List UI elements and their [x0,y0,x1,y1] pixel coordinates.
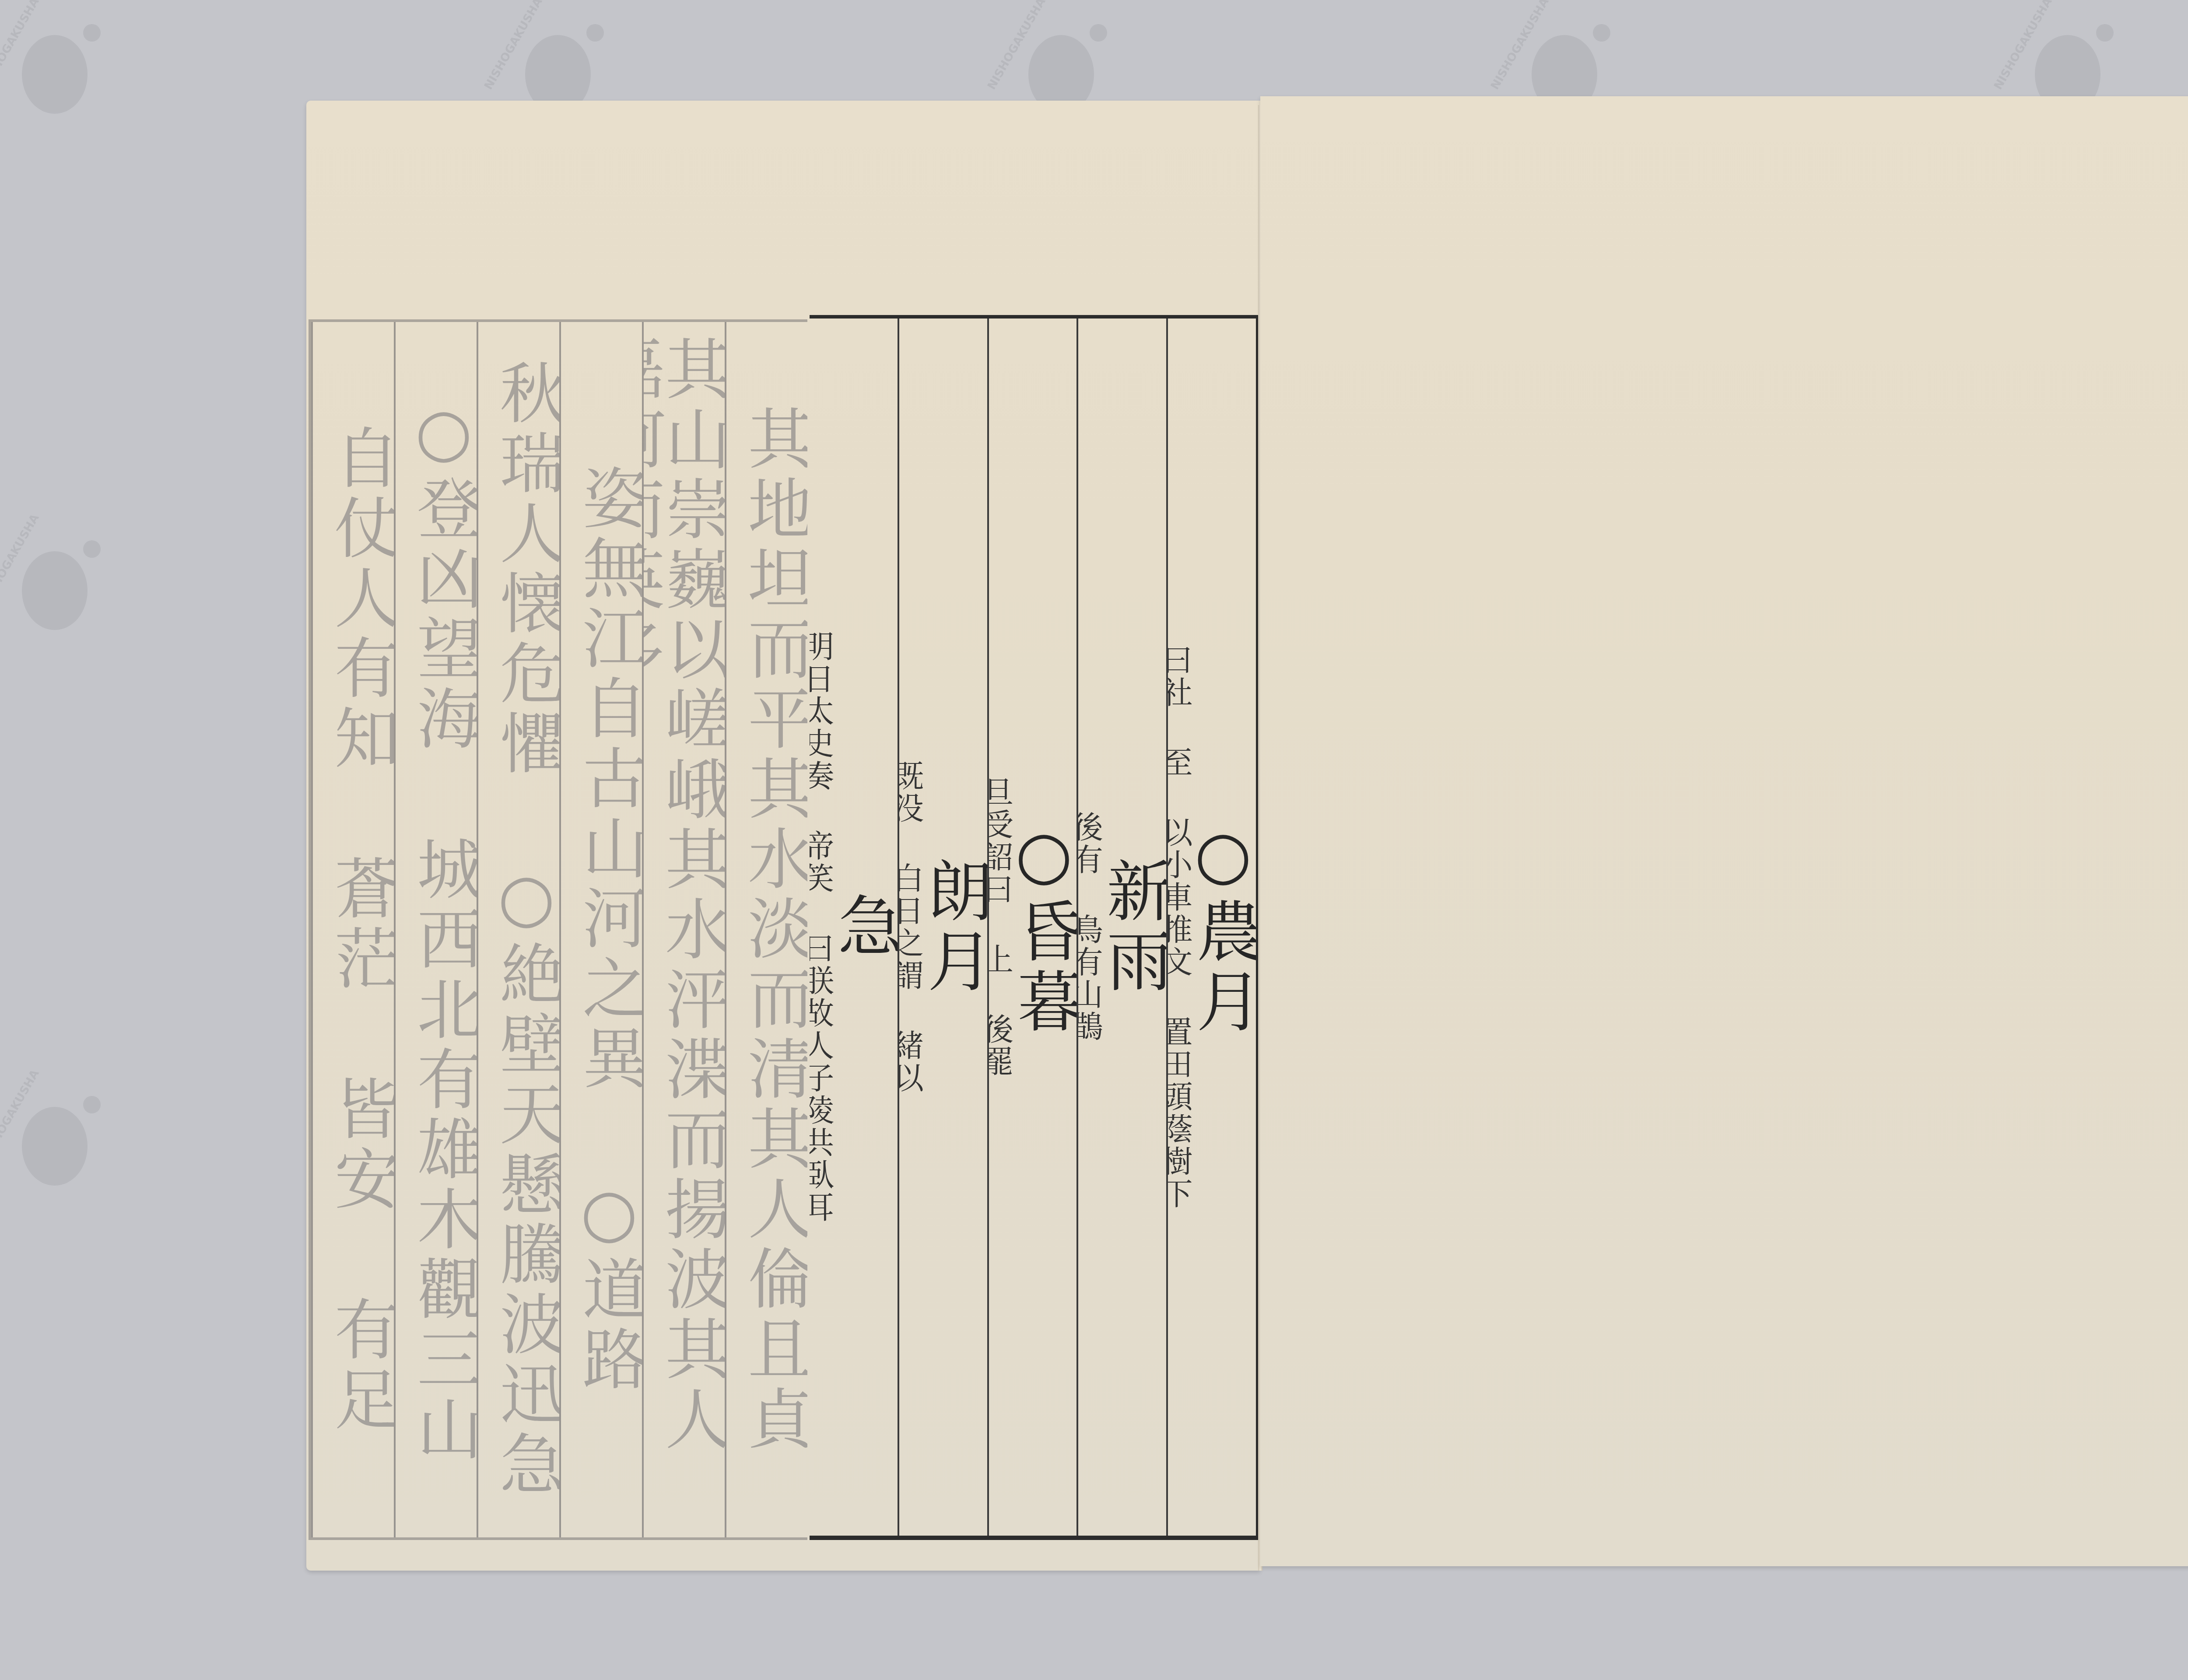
watermark-dot-icon [1593,24,1610,42]
column-main-text: ○農月 [1190,817,1256,1037]
bleedthrough-column: ○登凶望海 城西北有雄木觀三山 [394,322,477,1537]
column-annotation: 旦受詔曰 上 後罷 [987,776,1011,1078]
column-main-text: 新雨 [1101,857,1166,997]
watermark-dot-icon [586,24,604,42]
watermark-dot-icon [83,540,101,558]
bleedthrough-column: 秋瑞人懐危懼 ○絶壁天懸騰波迅急 [477,322,559,1537]
left-page-bleedthrough-frame: 其地坦而平其水淡而清其人倫且貞其山崇巍以嵯峨其水泙渫而揚波其人磊砢而英多姿無江自… [309,319,807,1540]
watermark-disc-icon [22,551,88,630]
watermark-dot-icon [1090,24,1107,42]
watermark-logo: NISHOGAKUSHA [13,17,101,122]
column-annotation: 既没 白日之謂 緒以 [898,760,922,1094]
column-main-text: 急 [832,892,898,962]
bleedthrough-column: 姿無江自古山河之異 ○道路 [559,322,642,1537]
text-column: ○農月曰社 至 以小車推文 置田頭蔭樹下○宿昔 對坐共語 一夜也 ○今旦 ケサ [1166,318,1256,1536]
bleedthrough-column: 其山崇巍以嵯峨其水泙渫而揚波其人磊砢而英多 [642,322,725,1537]
text-column: 急明日太史奏 帝笑 曰朕故人子陵共臥耳 [810,318,898,1536]
open-book: 其地坦而平其水淡而清其人倫且貞其山崇巍以嵯峨其水泙渫而揚波其人磊砢而英多姿無江自… [306,87,2188,1584]
right-page: 月 大 宗 紀 無物當極明邪徐孺子年九歳嘗月下戯人語之曰不然譬如人眼中有瞳子無此… [1260,96,2188,1566]
bleedthrough-column: 其地坦而平其水淡而清其人倫且貞 [725,322,807,1537]
watermark-dot-icon [2096,24,2114,42]
text-column: 新雨後有 鳥有山鵲○斗牛間常有紫氣 初吳之未滅 ○食時 [1076,318,1166,1536]
column-annotation: 後有 鳥有山鵲 [1076,811,1101,1043]
watermark-logo: NISHOGAKUSHA [13,1089,101,1194]
left-page-text-frame: ○農月曰社 至 以小車推文 置田頭蔭樹下○宿昔 對坐共語 一夜也 ○今旦 ケサ新… [810,315,1260,1540]
watermark-dot-icon [83,24,101,42]
column-main-text: 朗月 [922,857,987,997]
watermark-dot-icon [83,1096,101,1113]
text-column: 朗月既没 白日之謂 緒以○即日 都関中 駕西 ○客星犯帝坐甚 [898,318,987,1536]
left-page: 其地坦而平其水淡而清其人倫且貞其山崇巍以嵯峨其水泙渫而揚波其人磊砢而英多姿無江自… [306,101,1260,1571]
bleedthrough-column: 自仗人有知 蒼茫 皆安 有足 [311,322,394,1537]
column-annotation: 曰社 至 以小車推文 置田頭蔭樹下 [1166,644,1190,1210]
column-main-text: ○昏暮 [1011,817,1076,1037]
column-annotation: 明日太史奏 帝笑 曰朕故人子陵共臥耳 [810,630,832,1224]
watermark-logo: NISHOGAKUSHA [13,534,101,639]
watermark-disc-icon [22,35,88,114]
watermark-disc-icon [22,1107,88,1186]
text-column: ○昏暮旦受詔曰 上 後罷○雞鳴 五日 往 ○旦日 翌日也 ○曖日 [987,318,1077,1536]
